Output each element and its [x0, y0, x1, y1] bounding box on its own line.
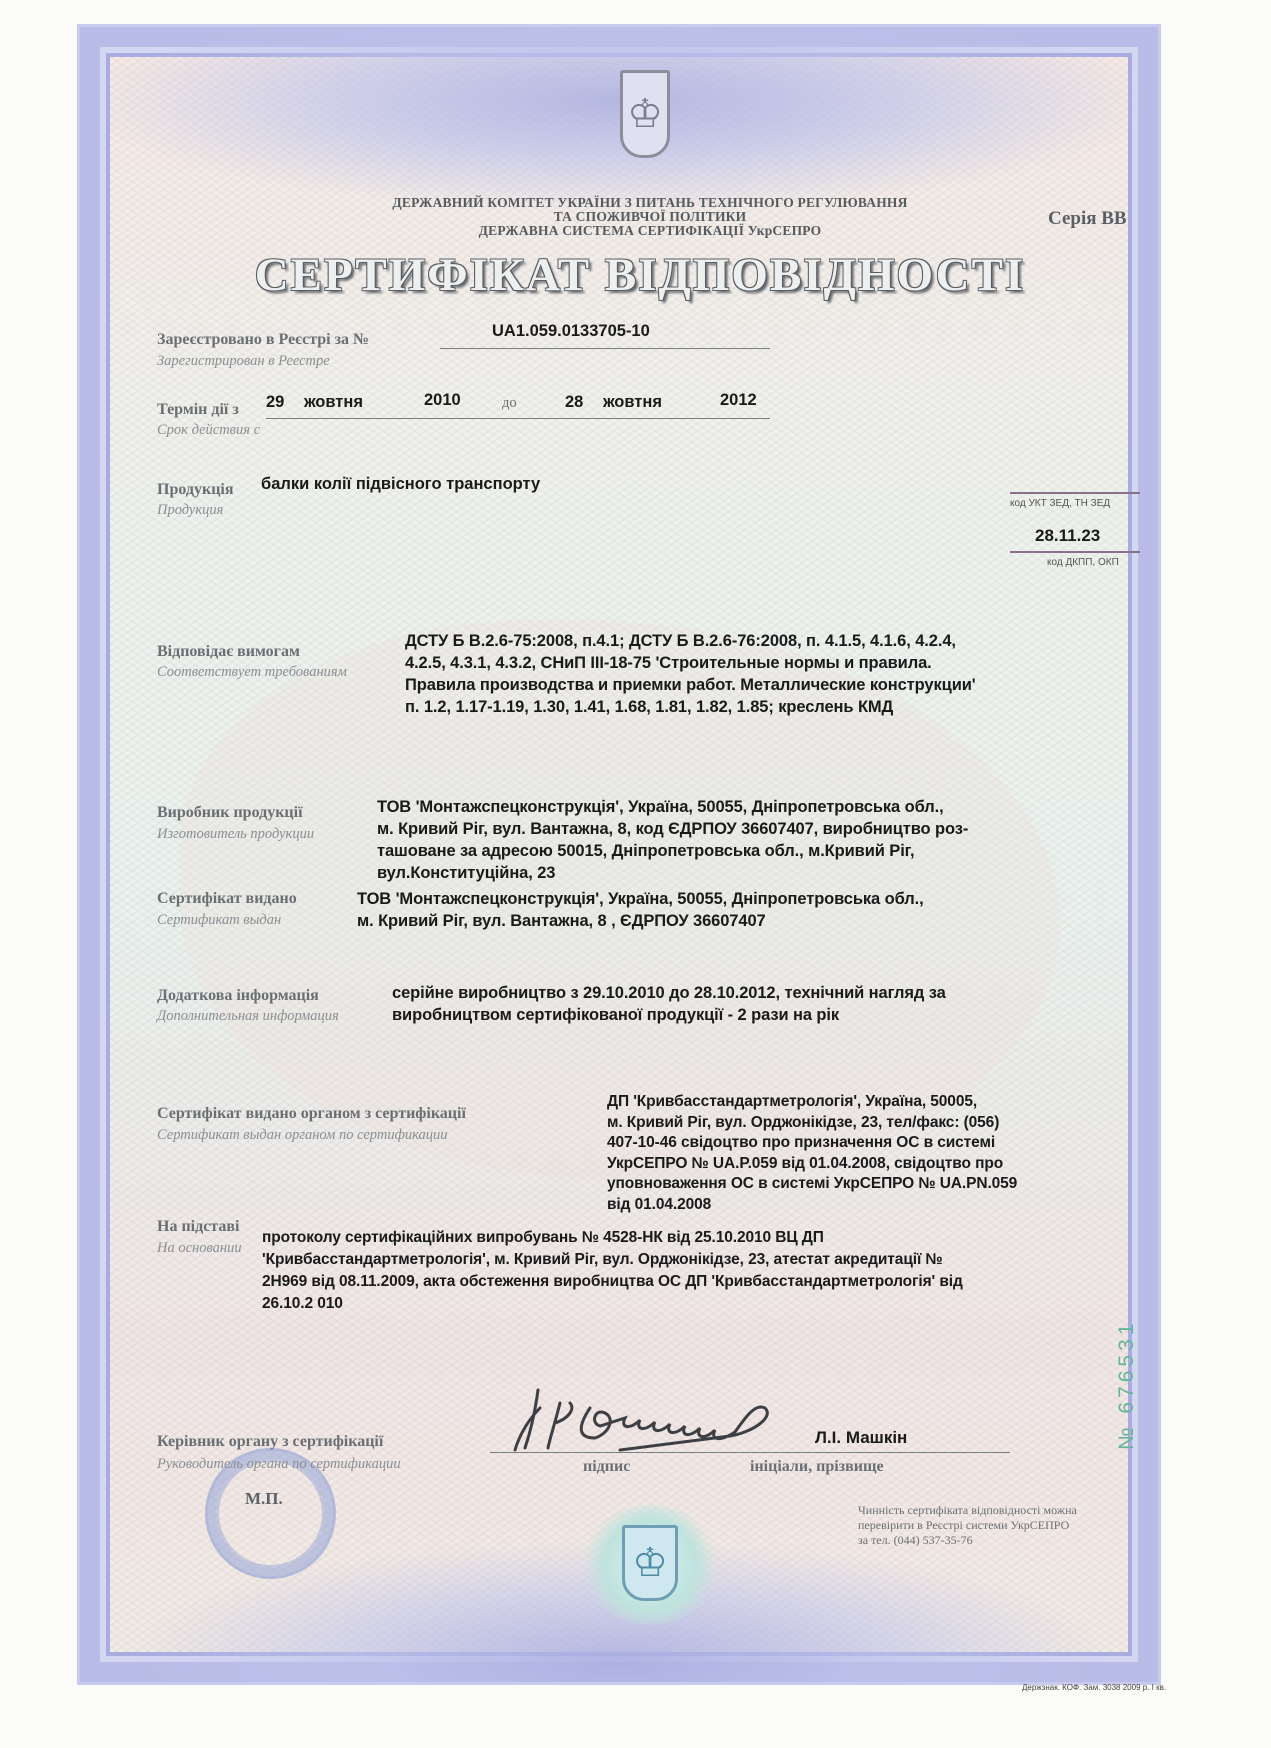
product-label-ru: Продукция [157, 502, 223, 519]
certification-body-label: Сертифікат видано органом з сертифікації [157, 1105, 466, 1123]
manufacturer-label: Виробник продукції [157, 804, 303, 822]
validity-to-month: жовтня [603, 391, 662, 413]
issued-to-text: ТОВ 'Монтажспецконструкція', Україна, 50… [357, 888, 924, 932]
signer-name: Л.І. Машкін [815, 1427, 907, 1449]
ornamental-header [80, 27, 1158, 212]
trident-icon: ♔ [622, 1525, 678, 1601]
code-top-label: код УКТ ЗЕД, ТН ЗЕД [1010, 498, 1110, 509]
additional-info-label: Додаткова інформація [157, 987, 319, 1005]
signature-caption: підпис [583, 1458, 630, 1476]
basis-label: На підставі [157, 1218, 239, 1236]
seal-label: М.П. [245, 1489, 283, 1509]
additional-info-text: серійне виробництво з 29.10.2010 до 28.1… [392, 982, 946, 1026]
requirements-label-ru: Соответствует требованиям [157, 664, 347, 681]
authority-line: ТА СПОЖИВЧОЇ ПОЛІТИКИ [300, 210, 1000, 224]
manufacturer-label-ru: Изготовитель продукции [157, 826, 314, 843]
issuing-authority: ДЕРЖАВНИЙ КОМІТЕТ УКРАЇНИ З ПИТАНЬ ТЕХНІ… [300, 196, 1000, 238]
basis-text: протоколу сертифікаційних випробувань № … [262, 1227, 963, 1315]
code-rule-top [1010, 492, 1140, 494]
manufacturer-text: ТОВ 'Монтажспецконструкція', Україна, 50… [377, 796, 968, 884]
registration-label-ru: Зарегистрирован в Реестре [157, 353, 330, 370]
product-value: балки колії підвісного транспорту [261, 473, 540, 495]
code-bottom-label: код ДКПП, ОКП [1047, 557, 1119, 568]
validity-underline [266, 418, 770, 419]
signatory-label-ru: Руководитель органа по сертификации [157, 1456, 401, 1473]
validity-from-year: 2010 [424, 389, 461, 411]
registration-number: UA1.059.0133705-10 [492, 320, 650, 342]
additional-info-label-ru: Дополнительная информация [157, 1008, 339, 1025]
printer-note: Держзнак. КОФ. Зам. 3038 2009 р. І кв. [1022, 1683, 1166, 1692]
certification-body-label-ru: Сертификат выдан органом по сертификации [157, 1127, 448, 1144]
authority-line: ДЕРЖАВНИЙ КОМІТЕТ УКРАЇНИ З ПИТАНЬ ТЕХНІ… [300, 196, 1000, 210]
trident-icon: ♔ [620, 70, 670, 158]
registration-underline [440, 348, 770, 349]
document-title: СЕРТИФІКАТ ВІДПОВІДНОСТІ [250, 248, 1030, 302]
requirements-label: Відповідає вимогам [157, 643, 300, 661]
validity-label-ru: Срок действия с [157, 422, 260, 439]
product-code: 28.11.23 [1035, 525, 1100, 547]
product-label: Продукція [157, 481, 234, 499]
basis-label-ru: На основании [157, 1240, 242, 1257]
validity-label: Термін дії з [157, 401, 239, 419]
validity-to-day: 28 [565, 391, 583, 413]
verification-note: Чинність сертифіката відповідності можна… [858, 1503, 1158, 1548]
signatory-label: Керівник органу з сертифікації [157, 1433, 383, 1451]
registration-label: Зареєстровано в Реєстрі за № [157, 331, 369, 349]
name-caption: ініціали, прізвище [750, 1458, 884, 1476]
authority-line: ДЕРЖАВНА СИСТЕМА СЕРТИФІКАЦІЇ УкрСЕПРО [300, 224, 1000, 238]
certification-body-text: ДП 'Кривбасстандартметрологія', Україна,… [607, 1092, 1017, 1215]
requirements-text: ДСТУ Б В.2.6-75:2008, п.4.1; ДСТУ Б В.2.… [405, 630, 976, 718]
code-rule-bottom [1010, 551, 1140, 553]
validity-to-word: до [502, 395, 517, 412]
validity-from-day: 29 [266, 391, 284, 413]
issued-to-label: Сертифікат видано [157, 890, 297, 908]
issued-to-label-ru: Сертификат выдан [157, 912, 281, 929]
validity-from-month: жовтня [304, 391, 363, 413]
serial-number: № 676531 [1115, 1320, 1139, 1450]
validity-to-year: 2012 [720, 389, 757, 411]
series-label: Серія ВВ [1048, 208, 1127, 230]
